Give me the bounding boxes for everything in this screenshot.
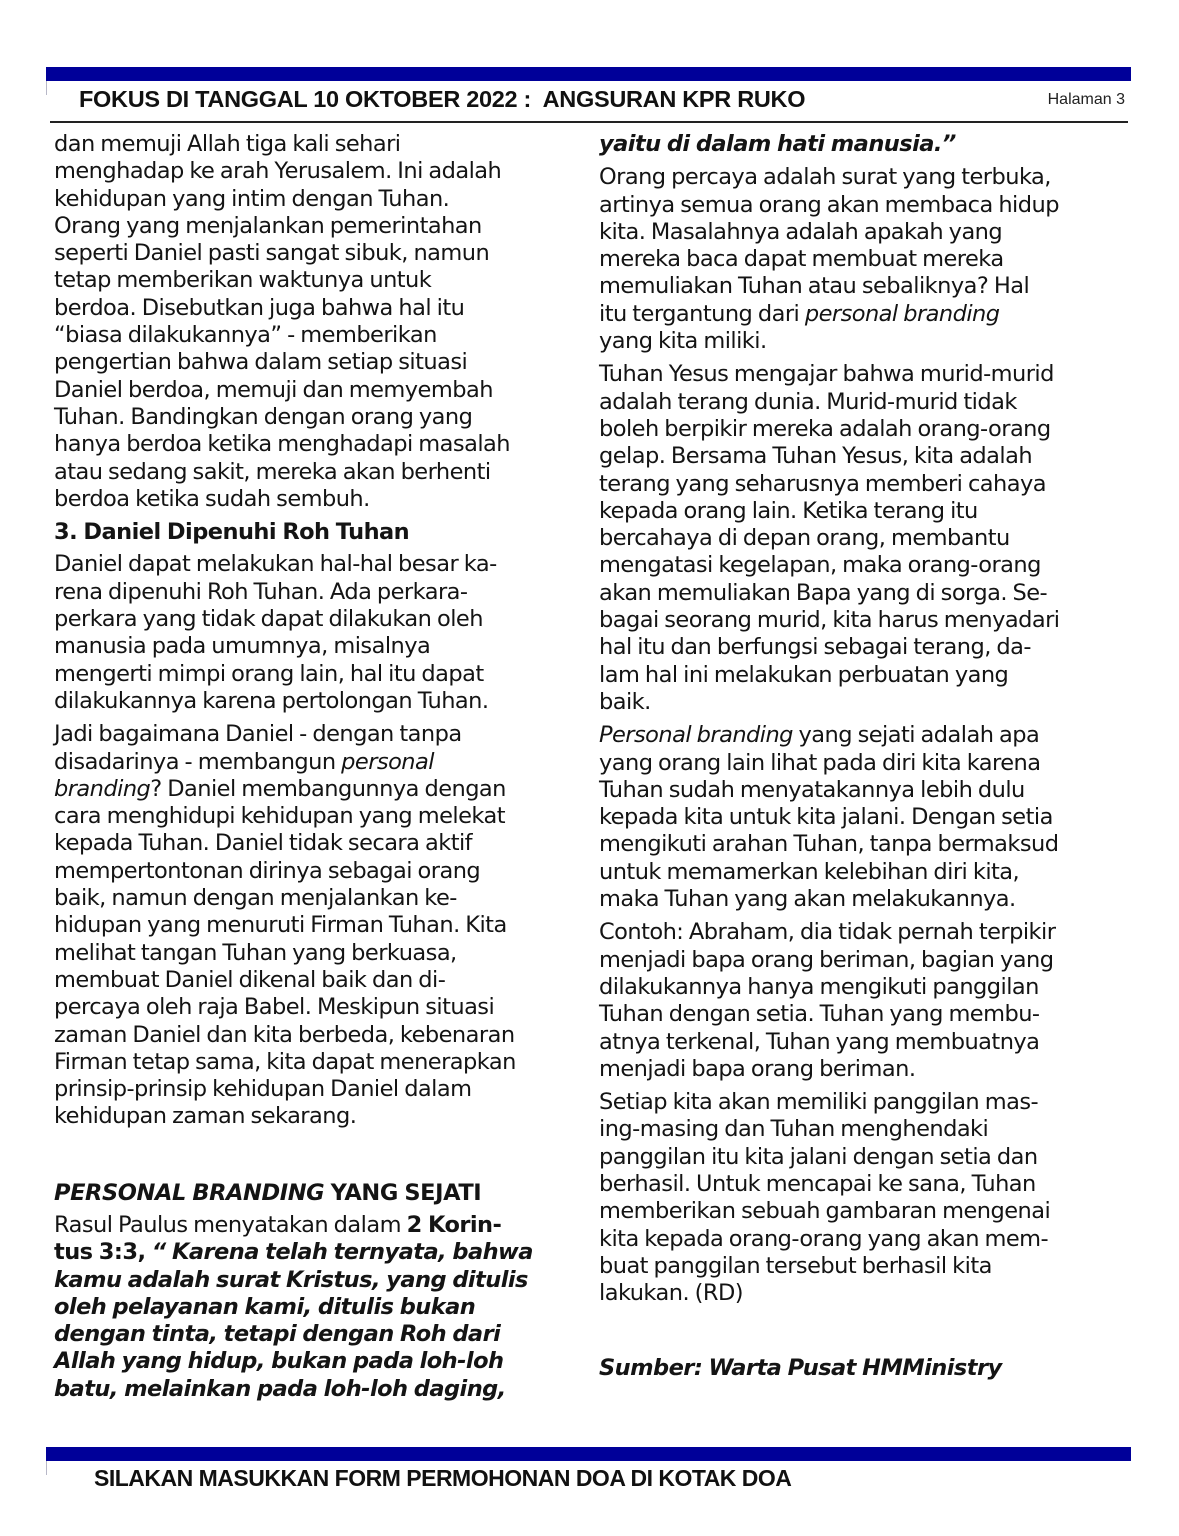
paragraph-true-branding: Personal branding yang sejati adalah apa… <box>599 722 1129 913</box>
page-header-title: FOKUS DI TANGGAL 10 OKTOBER 2022 : ANGSU… <box>79 86 805 113</box>
source-credit: Sumber: Warta Pusat HMMinistry <box>599 1355 1129 1382</box>
paragraph-calling: Setiap kita akan memiliki panggilan mas-… <box>599 1089 1129 1307</box>
paragraph-abraham-example: Contoh: Abraham, dia tidak pernah terpik… <box>599 919 1129 1083</box>
right-column: yaitu di dalam hati manusia.” Orang perc… <box>599 131 1129 1383</box>
text-segment: ? Daniel membangunnya dengan cara menghi… <box>54 776 516 1130</box>
paragraph-daniel-prayer: dan memuji Allah tiga kali sehari mengha… <box>54 131 582 513</box>
italic-term-personal-branding: Personal branding <box>599 722 793 748</box>
header-margin-mark <box>46 81 47 95</box>
section-heading-daniel-spirit: 3. Daniel Dipenuhi Roh Tuhan <box>54 519 582 546</box>
paragraph-daniel-great-things: Daniel dapat melakukan hal-hal besar ka-… <box>54 551 582 715</box>
heading-rest: YANG SEJATI <box>324 1180 481 1206</box>
bible-quote-end: yaitu di dalam hati manusia.” <box>599 131 1129 158</box>
paragraph-corinthians-quote: Rasul Paulus menyatakan dalam 2 Korin- t… <box>54 1212 582 1403</box>
header-color-bar <box>46 67 1131 81</box>
text-segment: yang kita miliki. <box>599 328 767 354</box>
footer-prayer-notice: SILAKAN MASUKKAN FORM PERMOHONAN DOA DI … <box>94 1465 791 1492</box>
paragraph-daniel-branding: Jadi bagaimana Daniel - dengan tanpa dis… <box>54 721 582 1130</box>
paragraph-light-of-world: Tuhan Yesus mengajar bahwa murid-murid a… <box>599 361 1129 716</box>
italic-term-personal-branding: personal branding <box>805 301 1000 327</box>
footer-color-bar <box>46 1447 1131 1461</box>
page-number: Halaman 3 <box>1048 91 1125 109</box>
footer-margin-mark <box>46 1461 47 1475</box>
heading-italic-part: PERSONAL BRANDING <box>54 1180 324 1206</box>
section-heading-true-branding: PERSONAL BRANDING YANG SEJATI <box>54 1180 582 1207</box>
left-column: dan memuji Allah tiga kali sehari mengha… <box>54 131 582 1403</box>
text-segment: yang sejati adalah apa yang orang lain l… <box>599 722 1059 912</box>
header-divider <box>50 121 1128 123</box>
paragraph-open-letter: Orang percaya adalah surat yang terbuka,… <box>599 164 1129 355</box>
text-segment: Rasul Paulus menyatakan dalam <box>54 1212 407 1238</box>
